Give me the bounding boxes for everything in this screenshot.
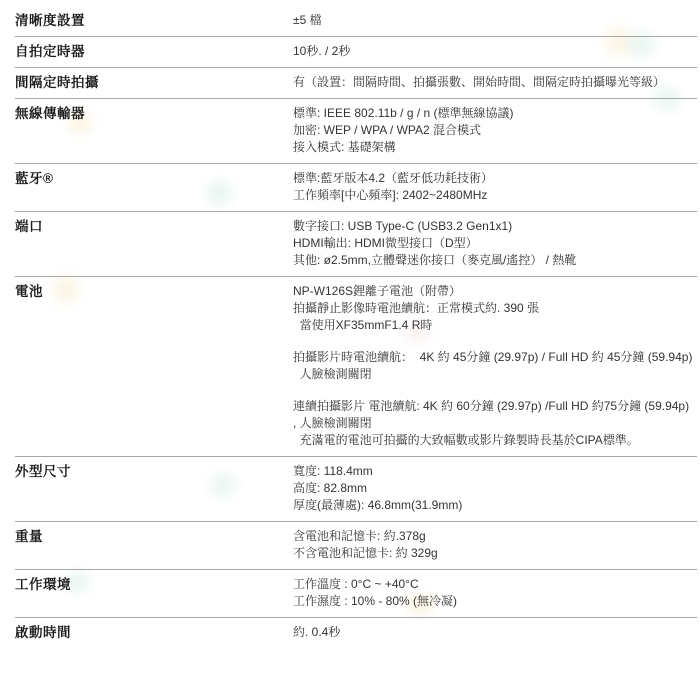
spec-label: 間隔定時拍攝 <box>15 74 293 91</box>
spec-value-line: NP-W126S鋰離子電池（附帶） <box>293 283 697 300</box>
spec-value-line: 標準: IEEE 802.11b / g / n (標準無線協議) <box>293 105 697 122</box>
table-row: 無線傳輸器標準: IEEE 802.11b / g / n (標準無線協議)加密… <box>15 99 697 164</box>
spec-label: 自拍定時器 <box>15 43 293 60</box>
spec-label: 啟動時間 <box>15 624 293 641</box>
table-row: 端口數字接口: USB Type-C (USB3.2 Gen1x1)HDMI輸出… <box>15 212 697 277</box>
spec-value: ±5 檔 <box>293 12 697 29</box>
spec-value-line: 拍攝靜止影像時電池續航：正常模式約. 390 張 <box>293 300 697 317</box>
spec-label: 清晰度設置 <box>15 12 293 29</box>
spec-value-line: 充滿電的電池可拍攝的大致幅數或影片錄製時長基於CIPA標準。 <box>293 432 697 449</box>
spec-label: 重量 <box>15 528 293 545</box>
spec-value-line: ±5 檔 <box>293 12 697 29</box>
spec-value-line: 接入模式: 基礎架構 <box>293 139 697 156</box>
table-row: 間隔定時拍攝有（設置：間隔時間、拍攝張數、開始時間、間隔定時拍攝曝光等級） <box>15 68 697 99</box>
spec-label: 藍牙® <box>15 170 293 187</box>
spec-label: 工作環境 <box>15 576 293 593</box>
spec-value-line: 當使用XF35mmF1.4 R時 <box>293 317 697 334</box>
spec-label: 端口 <box>15 218 293 235</box>
spec-value-line: 連續拍攝影片 電池續航: 4K 約 60分鐘 (29.97p) /Full HD… <box>293 398 697 415</box>
spec-value-line: 有（設置：間隔時間、拍攝張數、開始時間、間隔定時拍攝曝光等級） <box>293 74 697 91</box>
spec-value-line: HDMI輸出: HDMI微型接口（D型） <box>293 235 697 252</box>
spec-label: 電池 <box>15 283 293 300</box>
spec-value-line: 工作頻率[中心頻率]: 2402~2480MHz <box>293 187 697 204</box>
spec-value-line: 標準:藍牙版本4.2（藍牙低功耗技術） <box>293 170 697 187</box>
table-row: 藍牙®標準:藍牙版本4.2（藍牙低功耗技術）工作頻率[中心頻率]: 2402~2… <box>15 164 697 212</box>
table-row: 電池NP-W126S鋰離子電池（附帶）拍攝靜止影像時電池續航：正常模式約. 39… <box>15 277 697 457</box>
spec-value-line: 工作溫度 : 0°C ~ +40°C <box>293 576 697 593</box>
spec-value-line: 含電池和記憶卡: 約.378g <box>293 528 697 545</box>
spec-value-line: 其他: ø2.5mm,立體聲迷你接口（麥克風/遙控） / 熱靴 <box>293 252 697 269</box>
spec-label: 外型尺寸 <box>15 463 293 480</box>
spec-value-line: 高度: 82.8mm <box>293 480 697 497</box>
spec-table: 清晰度設置±5 檔自拍定時器10秒. / 2秒間隔定時拍攝有（設置：間隔時間、拍… <box>15 6 697 648</box>
spec-value-line <box>293 334 697 349</box>
spec-value: 有（設置：間隔時間、拍攝張數、開始時間、間隔定時拍攝曝光等級） <box>293 74 697 91</box>
table-row: 自拍定時器10秒. / 2秒 <box>15 37 697 68</box>
spec-value: 標準:藍牙版本4.2（藍牙低功耗技術）工作頻率[中心頻率]: 2402~2480… <box>293 170 697 204</box>
spec-value: 標準: IEEE 802.11b / g / n (標準無線協議)加密: WEP… <box>293 105 697 156</box>
spec-value-line: 人臉檢測關閉 <box>293 366 697 383</box>
spec-value-line: 工作濕度 : 10% - 80% (無冷凝) <box>293 593 697 610</box>
table-row: 工作環境工作溫度 : 0°C ~ +40°C工作濕度 : 10% - 80% (… <box>15 570 697 618</box>
spec-value: 含電池和記憶卡: 約.378g不含電池和記憶卡: 約 329g <box>293 528 697 562</box>
spec-label: 無線傳輸器 <box>15 105 293 122</box>
table-row: 重量含電池和記憶卡: 約.378g不含電池和記憶卡: 約 329g <box>15 522 697 570</box>
spec-value-line: 拍攝影片時電池續航： 4K 約 45分鐘 (29.97p) / Full HD … <box>293 349 697 366</box>
table-row: 啟動時間約. 0.4秒 <box>15 618 697 648</box>
spec-value: 工作溫度 : 0°C ~ +40°C工作濕度 : 10% - 80% (無冷凝) <box>293 576 697 610</box>
spec-value-line: 約. 0.4秒 <box>293 624 697 641</box>
spec-value: 寬度: 118.4mm高度: 82.8mm厚度(最薄處): 46.8mm(31.… <box>293 463 697 514</box>
spec-value-line <box>293 383 697 398</box>
spec-value-line: 10秒. / 2秒 <box>293 43 697 60</box>
spec-value-line: , 人臉檢測關閉 <box>293 415 697 432</box>
spec-value-line: 寬度: 118.4mm <box>293 463 697 480</box>
spec-value-line: 厚度(最薄處): 46.8mm(31.9mm) <box>293 497 697 514</box>
spec-value: 約. 0.4秒 <box>293 624 697 641</box>
spec-value-line: 不含電池和記憶卡: 約 329g <box>293 545 697 562</box>
table-row: 外型尺寸寬度: 118.4mm高度: 82.8mm厚度(最薄處): 46.8mm… <box>15 457 697 522</box>
spec-value: NP-W126S鋰離子電池（附帶）拍攝靜止影像時電池續航：正常模式約. 390 … <box>293 283 697 449</box>
spec-value-line: 加密: WEP / WPA / WPA2 混合模式 <box>293 122 697 139</box>
spec-value: 數字接口: USB Type-C (USB3.2 Gen1x1)HDMI輸出: … <box>293 218 697 269</box>
table-row: 清晰度設置±5 檔 <box>15 6 697 37</box>
spec-value-line: 數字接口: USB Type-C (USB3.2 Gen1x1) <box>293 218 697 235</box>
spec-value: 10秒. / 2秒 <box>293 43 697 60</box>
